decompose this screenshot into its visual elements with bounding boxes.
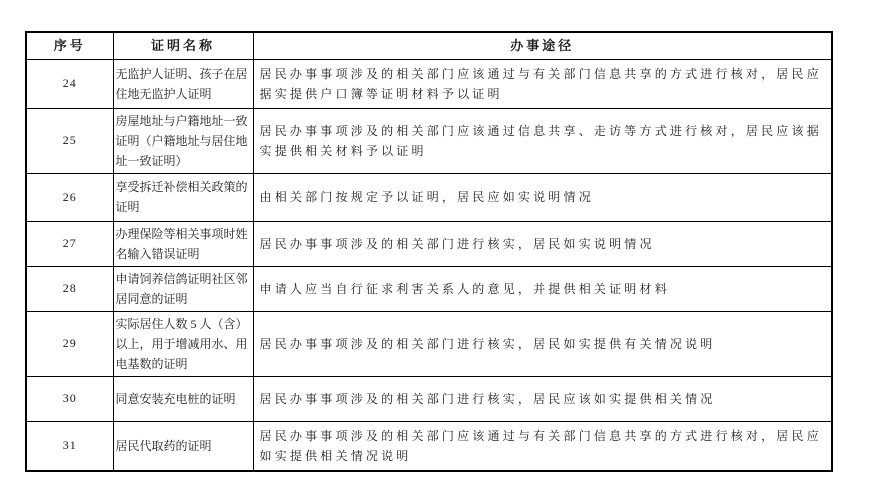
table-row: 31 居民代取药的证明 居民办事事项涉及的相关部门应该通过与有关部门信息共享的方…	[26, 421, 832, 471]
certificate-name: 无监护人证明、孩子在居住地无监护人证明	[113, 59, 253, 108]
certificates-table: 序号 证明名称 办事途径 24 无监护人证明、孩子在居住地无监护人证明 居民办事…	[25, 31, 833, 472]
document-page: 序号 证明名称 办事途径 24 无监护人证明、孩子在居住地无监护人证明 居民办事…	[0, 0, 877, 489]
row-number: 28	[26, 266, 113, 311]
certificate-name: 申请饲养信鸽证明社区邻居同意的证明	[113, 266, 253, 311]
row-number: 24	[26, 59, 113, 108]
header-row: 序号 证明名称 办事途径	[26, 32, 832, 59]
certificate-name: 实际居住人数 5 人（含）以上，用于增减用水、用电基数的证明	[113, 311, 253, 376]
handling-path: 居民办事事项涉及的相关部门应该通过信息共享、走访等方式进行核对，居民应该据实提供…	[253, 108, 832, 173]
row-number: 25	[26, 108, 113, 173]
header-cell-number: 序号	[26, 32, 113, 59]
row-number: 26	[26, 173, 113, 221]
table-row: 28 申请饲养信鸽证明社区邻居同意的证明 申请人应当自行征求利害关系人的意见，并…	[26, 266, 832, 311]
row-number: 31	[26, 421, 113, 471]
certificate-name: 居民代取药的证明	[113, 421, 253, 471]
row-number: 29	[26, 311, 113, 376]
table-body: 24 无监护人证明、孩子在居住地无监护人证明 居民办事事项涉及的相关部门应该通过…	[26, 59, 832, 471]
row-number: 30	[26, 376, 113, 421]
handling-path: 居民办事事项涉及的相关部门应该通过与有关部门信息共享的方式进行核对，居民应据实提…	[253, 59, 832, 108]
table-row: 26 享受拆迁补偿相关政策的证明 由相关部门按规定予以证明，居民应如实说明情况	[26, 173, 832, 221]
certificate-name: 房屋地址与户籍地址一致证明（户籍地址与居住地址一致证明）	[113, 108, 253, 173]
handling-path: 由相关部门按规定予以证明，居民应如实说明情况	[253, 173, 832, 221]
table-header: 序号 证明名称 办事途径	[26, 32, 832, 59]
handling-path: 居民办事事项涉及的相关部门应该通过与有关部门信息共享的方式进行核对，居民应如实提…	[253, 421, 832, 471]
table-row: 24 无监护人证明、孩子在居住地无监护人证明 居民办事事项涉及的相关部门应该通过…	[26, 59, 832, 108]
certificate-name: 享受拆迁补偿相关政策的证明	[113, 173, 253, 221]
handling-path: 申请人应当自行征求利害关系人的意见，并提供相关证明材料	[253, 266, 832, 311]
header-cell-certificate-name: 证明名称	[113, 32, 253, 59]
certificate-name: 办理保险等相关事项时姓名输入错误证明	[113, 221, 253, 266]
table-row: 30 同意安装充电桩的证明 居民办事事项涉及的相关部门进行核实，居民应该如实提供…	[26, 376, 832, 421]
table-row: 29 实际居住人数 5 人（含）以上，用于增减用水、用电基数的证明 居民办事事项…	[26, 311, 832, 376]
table-row: 25 房屋地址与户籍地址一致证明（户籍地址与居住地址一致证明） 居民办事事项涉及…	[26, 108, 832, 173]
header-cell-handling-path: 办事途径	[253, 32, 832, 59]
handling-path: 居民办事事项涉及的相关部门进行核实，居民应该如实提供相关情况	[253, 376, 832, 421]
handling-path: 居民办事事项涉及的相关部门进行核实，居民如实说明情况	[253, 221, 832, 266]
row-number: 27	[26, 221, 113, 266]
handling-path: 居民办事事项涉及的相关部门进行核实，居民如实提供有关情况说明	[253, 311, 832, 376]
table-row: 27 办理保险等相关事项时姓名输入错误证明 居民办事事项涉及的相关部门进行核实，…	[26, 221, 832, 266]
certificate-name: 同意安装充电桩的证明	[113, 376, 253, 421]
